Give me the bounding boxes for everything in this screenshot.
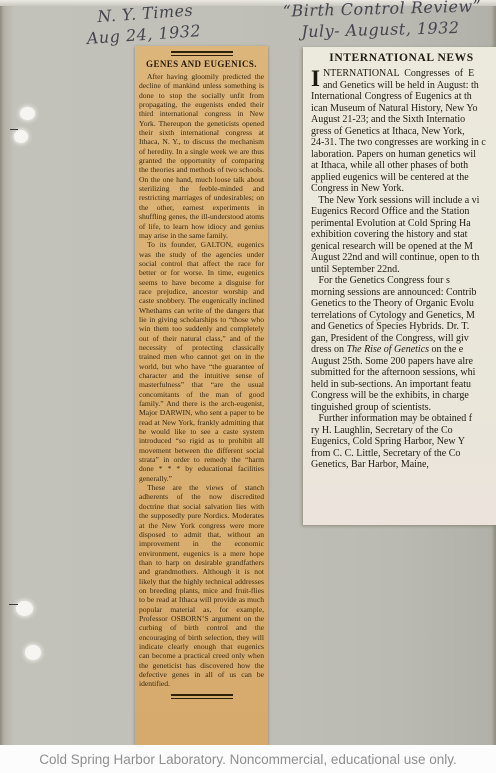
article-line: August 21-23; and the Sixth Internatio (311, 114, 496, 126)
article-line: and Genetics of Species Hybrids. Dr. T. (311, 321, 496, 333)
scrapbook-page: N. Y. Times Aug 24, 1932 “Birth Control … (0, 0, 496, 745)
article-line: ican Museum of Natural History, New Yo (311, 103, 496, 115)
article-line: Eugenics, Cold Spring Harbor, New Y (311, 436, 496, 448)
punch-hole (14, 130, 28, 143)
usage-caption: Cold Spring Harbor Laboratory. Noncommer… (39, 752, 456, 767)
right-clipping-body: I NTERNATIONAL Congresses of Eand Geneti… (311, 68, 496, 471)
article-line: until September 22nd. (311, 264, 496, 276)
punch-hole (20, 107, 35, 120)
article-line: ry H. Laughlin, Secretary of the Co (311, 425, 496, 437)
drop-cap: I (311, 69, 320, 89)
headline-rule (171, 51, 233, 56)
article-paragraph: After having gloomily predicted the decl… (139, 72, 264, 240)
article-line: applied eugenics will be centered at the (311, 172, 496, 184)
caption-bar: Cold Spring Harbor Laboratory. Noncommer… (0, 745, 496, 773)
article-line: August 22nd and will continue, open to t… (311, 252, 496, 264)
article-paragraph: To its founder, GALTON, eugenics was the… (139, 240, 264, 483)
article-line: International Congress of Eugenics at th (311, 91, 496, 103)
article-line: at Ithaca, while all other phases of bot… (311, 160, 496, 172)
article-line: genical research will be opened at the M (311, 241, 496, 253)
punch-hole (16, 601, 33, 616)
article-line: from C. C. Little, Secretary of the Co (311, 448, 496, 460)
left-clipping-body: After having gloomily predicted the decl… (139, 72, 264, 689)
article-line: dress on The Rise of Genetics on the e (311, 344, 496, 356)
left-clipping-headline: GENES AND EUGENICS. (139, 59, 264, 69)
handwritten-annotation-right: “Birth Control Review” July- August, 193… (282, 0, 482, 43)
article-line: The New York sessions will include a vi (311, 195, 496, 207)
article-line: Congress in New York. (311, 183, 496, 195)
article-line: Genetics, Bar Harbor, Maine, (311, 459, 496, 471)
article-line: perimental Evolution at Cold Spring Ha (311, 218, 496, 230)
handwritten-annotation-left: N. Y. Times Aug 24, 1932 (85, 0, 202, 49)
article-line: Congress will be the exhibits, in charge (311, 390, 496, 402)
article-line: For the Genetics Congress four s (311, 275, 496, 287)
article-line: tinguished group of scientists. (311, 402, 496, 414)
article-line: Eugenics Record Office and the Station (311, 206, 496, 218)
article-line: gan, President of the Congress, will giv (311, 333, 496, 345)
pen-mark (9, 604, 18, 605)
article-line: morning sessions are announced: Contrib (311, 287, 496, 299)
article-line: terrelations of Cytology and Genetics, M (311, 310, 496, 322)
article-line: 24-31. The two congresses are working in… (311, 137, 496, 149)
article-line: laboration. Papers on human genetics wil (311, 149, 496, 161)
article-line: Genetics to the Theory of Organic Evolu (311, 298, 496, 310)
article-paragraph: These are the views of stanch adherents … (139, 483, 264, 689)
article-line: held in sub-sections. An important featu (311, 379, 496, 391)
article-line: August 25th. Some 200 papers have alre (311, 356, 496, 368)
annotation-date: July- August, 1932 (301, 16, 482, 42)
left-clipping: GENES AND EUGENICS. After having gloomil… (135, 46, 268, 745)
right-clipping-headline: INTERNATIONAL NEWS (311, 52, 492, 64)
article-line: NTERNATIONAL Congresses of E (311, 68, 496, 80)
article-line: exhibition covering the history and stat (311, 229, 496, 241)
article-line: submitted for the afternoon sessions, wh… (311, 367, 496, 379)
article-line: gress of Genetics at Ithaca, New York, (311, 126, 496, 138)
article-line: Further information may be obtained f (311, 413, 496, 425)
punch-hole (25, 645, 41, 660)
article-line: and Genetics will be held in August: th (311, 80, 496, 92)
end-rule (171, 694, 233, 699)
pen-mark (10, 129, 18, 130)
right-clipping: INTERNATIONAL NEWS I NTERNATIONAL Congre… (303, 47, 496, 525)
